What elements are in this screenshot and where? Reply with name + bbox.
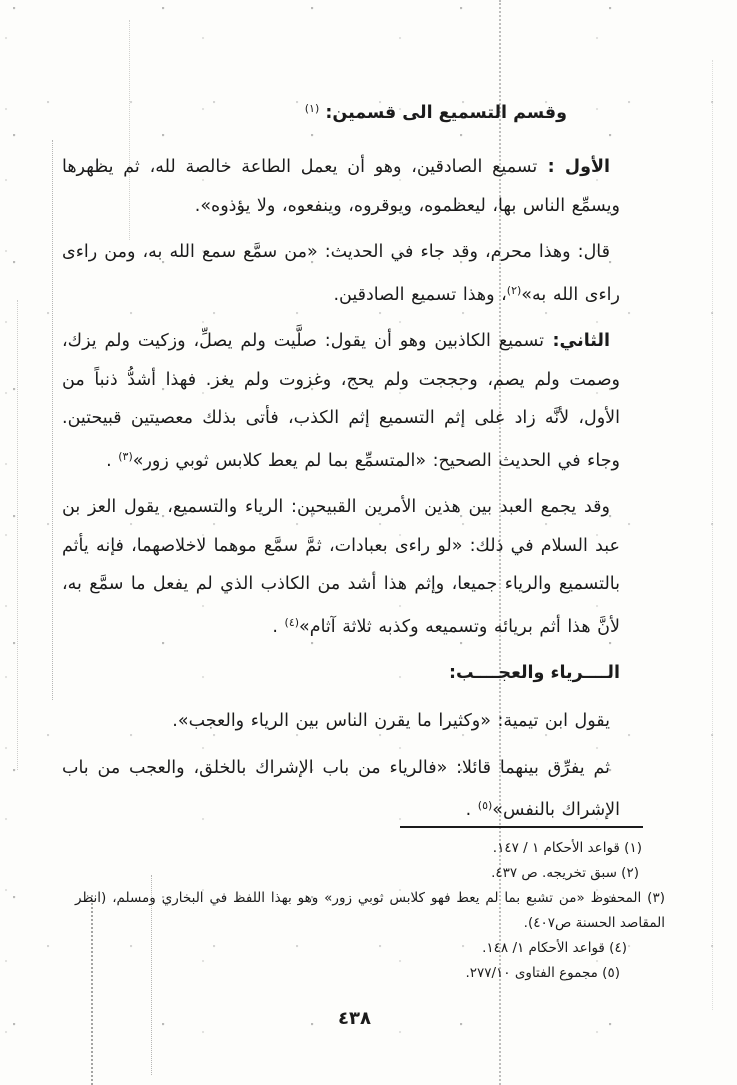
paragraph-combining-both: وقد يجمع العبد بين هذين الأمرين القبيحين… bbox=[62, 488, 620, 646]
paragraph-text: . bbox=[272, 617, 284, 637]
heading-text: وقسم التسميع الى قسمين: bbox=[319, 103, 567, 123]
page-number: ٤٣٨ bbox=[338, 1008, 371, 1029]
paragraph-text: تسميع الكاذبين وهو أن يقول: صلَّيت ولم ي… bbox=[62, 331, 620, 471]
footnote-2: (٢) سبق تخريجه. ص ٤٣٧. bbox=[75, 861, 665, 886]
footnote-3: (٣) المحفوظ «من تشبع بما لم يعط فهو كلاب… bbox=[75, 886, 665, 936]
paragraph-tasmee-of-truthful: الأول : تسميع الصادقين، وهو أن يعمل الطا… bbox=[62, 148, 620, 225]
paragraph-tasmee-of-liars: الثاني: تسميع الكاذبين وهو أن يقول: صلَّ… bbox=[62, 322, 620, 480]
paragraph-text: ثم يفرِّق بينهما قائلا: «فالرياء من باب … bbox=[62, 758, 620, 821]
book-page: وقسم التسميع الى قسمين: (١) الأول : تسمي… bbox=[0, 0, 737, 1085]
footnote-5: (٥) مجموع الفتاوى ٢٧٧/١٠. bbox=[75, 961, 665, 986]
footnote-separator-line bbox=[400, 826, 643, 828]
scan-speckle-line bbox=[712, 60, 713, 1010]
heading-tasmee-division: وقسم التسميع الى قسمين: (١) bbox=[62, 90, 620, 132]
lead-word: الثاني: bbox=[544, 331, 610, 351]
footnotes-section: (١) قواعد الأحكام ١ / ١٤٧. (٢) سبق تخريج… bbox=[75, 826, 665, 986]
lead-word: الأول : bbox=[537, 157, 610, 177]
paragraph-text: . bbox=[466, 800, 478, 820]
footnote-1: (١) قواعد الأحكام ١ / ١٤٧. bbox=[75, 836, 665, 861]
scan-speckle-line bbox=[17, 300, 18, 770]
paragraph-riya-ujb-distinction: ثم يفرِّق بينهما قائلا: «فالرياء من باب … bbox=[62, 749, 620, 830]
footnote-ref-4: (٤) bbox=[285, 616, 300, 629]
paragraph-text: ، وهذا تسميع الصادقين. bbox=[333, 285, 506, 305]
paragraph-hadith-quote: قال: وهذا محرم، وقد جاء في الحديث: «من س… bbox=[62, 233, 620, 314]
footnote-ref-1: (١) bbox=[305, 102, 320, 115]
paragraph-text: . bbox=[106, 451, 118, 471]
paragraph-text: وقد يجمع العبد بين هذين الأمرين القبيحين… bbox=[62, 497, 620, 637]
main-text: وقسم التسميع الى قسمين: (١) الأول : تسمي… bbox=[62, 90, 620, 838]
paragraph-ibn-taymiyya-quote: يقول ابن تيمية: «وكثيرا ما يقرن الناس بي… bbox=[62, 702, 620, 741]
heading-riya-and-ujb: الــــرياء والعجــــب: bbox=[62, 654, 620, 692]
scan-speckle-line bbox=[52, 140, 53, 700]
footnote-ref-3: (٣) bbox=[118, 450, 133, 463]
footnote-ref-5: (٥) bbox=[478, 799, 493, 812]
footnote-4: (٤) قواعد الأحكام ١/ ١٤٨. bbox=[75, 936, 665, 961]
footnote-ref-2: (٢) bbox=[507, 284, 522, 297]
